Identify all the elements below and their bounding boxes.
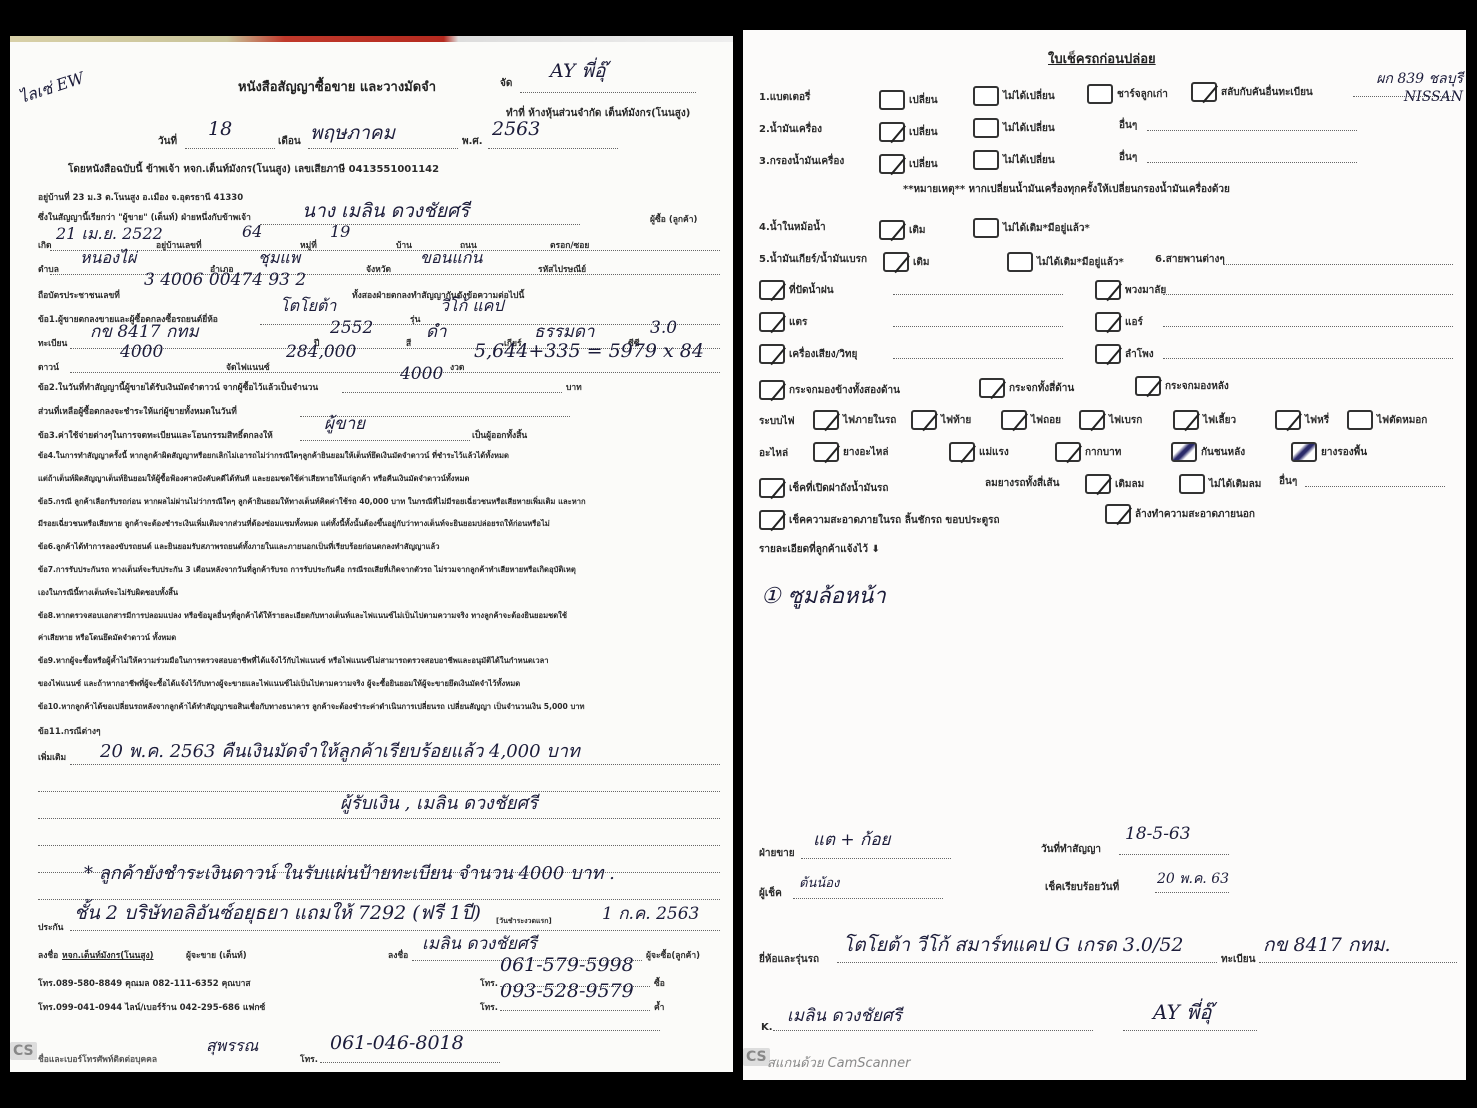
oil-filter-opt-nochange[interactable]: ไม่ได้เปลี่ยน [973, 150, 1055, 170]
buyer-name: นาง เมลิน ดวงชัยศรี [302, 196, 469, 226]
checkbox[interactable] [1087, 84, 1113, 104]
engine-oil-opt-nochange[interactable]: ไม่ได้เปลี่ยน [973, 118, 1055, 138]
clause-line: ข้อ5.กรณี ลูกค้าเลือกรับรถก่อน หากผลไม่ผ… [38, 496, 586, 508]
checked-done-value: 20 พ.ค. 63 [1157, 868, 1229, 890]
mirror-check[interactable]: กระจกมองข้างทั้งสองด้าน [759, 380, 900, 400]
part-check[interactable]: กากบาท [1055, 442, 1121, 462]
checkbox-checked[interactable] [1105, 504, 1131, 524]
checkbox-checked[interactable] [1275, 410, 1301, 430]
clause-line: ค่าเสียหาย หรือโดนยึดมัดจำดาวน์ ทั้งหมด [38, 632, 176, 644]
checklist-item[interactable]: ที่ปัดน้ำฝน [759, 280, 834, 300]
guarantor-phone-label: โทร. [480, 1000, 498, 1014]
interior-clean-check[interactable]: เช็คความสะอาดภายในรถ ลิ้นชักรถ ขอบประตูร… [759, 510, 1000, 530]
bottom-name: เมลิน ดวงชัยศรี [787, 1002, 902, 1029]
oil-filter-label: 3.กรองน้ำมันเครื่อง [759, 154, 844, 169]
checkbox-checked[interactable] [879, 154, 905, 174]
sale-contract-page: ไลเซ่ EW หนังสือสัญญาซื้อขาย และวางมัดจำ… [10, 36, 733, 1072]
checkbox-checked[interactable] [1191, 82, 1217, 102]
reference-phone: 061-046-8018 [330, 1032, 464, 1054]
engine-oil-opt-change[interactable]: เปลี่ยน [879, 122, 938, 142]
clause2-value: 4000 [400, 364, 443, 384]
date-month: พฤษภาคม [310, 118, 395, 148]
installment-value: 5,644+335 = 5979 x 84 [474, 340, 704, 362]
customer-note-1: ① ซูมล้อหน้า [761, 578, 886, 613]
belt-label: 6.สายพานต่างๆ [1155, 252, 1225, 267]
light-check[interactable]: ไฟถอย [1001, 410, 1061, 430]
clause-line: เองในกรณีนี้ทางเต็นท์จะไม่รับผิดชอบทั้งส… [38, 587, 178, 599]
contract-date-label: วันที่ทำสัญญา [1041, 842, 1101, 857]
vehicle-reg-label: ทะเบียน [1221, 952, 1255, 967]
battery-opt-nochange[interactable]: ไม่ได้เปลี่ยน [973, 86, 1055, 106]
part-check[interactable]: กันชนหลัง [1171, 442, 1245, 462]
reference-name: สุพรรณ [206, 1034, 258, 1059]
clause3-label: ข้อ3.ค่าใช้จ่ายต่างๆในการจดทะเบียนและโอน… [38, 428, 273, 442]
buyer-sign-value: เมลิน ดวงชัยศรี [422, 930, 537, 957]
sales-label: ฝ่ายขาย [759, 846, 795, 861]
light-check[interactable]: ไฟเบรก [1079, 410, 1142, 430]
checkbox-checked[interactable] [979, 378, 1005, 398]
camscanner-logo-icon: CS [743, 1048, 770, 1066]
by-value: AY พี่อุ๊ [550, 56, 605, 86]
light-check[interactable]: ไฟหรี่ [1275, 410, 1329, 430]
date-year: 2563 [492, 118, 540, 140]
extra-label: เพิ่มเติม [38, 750, 66, 764]
shop-contact-2: โทร.099-041-0944 ไลน์/เบอร์ร้าน 042-295-… [38, 1000, 265, 1014]
cc-value: 3.0 [650, 318, 677, 338]
checkbox-checked[interactable] [879, 220, 905, 240]
checkbox-checked[interactable] [1095, 312, 1121, 332]
checkbox-checked[interactable] [879, 122, 905, 142]
sales-value: แต + ก้อย [813, 826, 891, 853]
down-label: ดาวน์ [38, 360, 59, 374]
clause-line: ข้อ7.การรับประกันรถ ทางเต็นท์จะรับประกัน… [38, 564, 576, 576]
clause-line: ข้อ9.หากผู้จะซื้อหรือผู้ค้ำไม่ให้ความร่ว… [38, 655, 549, 667]
id-value: 3 4006 00474 93 2 [144, 270, 306, 290]
light-check[interactable]: ไฟตัดหมอก [1347, 410, 1427, 430]
checkbox-checked[interactable] [1085, 474, 1111, 494]
vehicle-value: โตโยต้า วีโก้ สมาร์ทแคป G เกรด 3.0/52 [843, 930, 1184, 960]
house-value: 64 [242, 222, 262, 241]
contract-date-value: 18-5-63 [1125, 824, 1191, 844]
clause-line: ข้อ10.หากลูกค้าได้ขอเปลี่ยนรถหลังจากลูกค… [38, 701, 585, 713]
checklist-item[interactable]: แอร์ [1095, 312, 1143, 332]
checklist-item[interactable]: เครื่องเสียง/วิทยุ [759, 344, 857, 364]
seller-sign-label: ลงชื่อ [38, 948, 58, 962]
first-due-value: 1 ก.ค. 2563 [602, 900, 699, 927]
clause-line: ของไฟแนนซ์ และถ้าหากอาชีพที่ผู้จะซื้อได้… [38, 678, 520, 690]
battery-opt-swap[interactable]: สลับกับคันอื่นทะเบียน [1191, 82, 1313, 102]
clause3-suffix: เป็นผู้ออกทั้งสิ้น [472, 428, 527, 442]
gear-oil-opt-nofill[interactable]: ไม่ได้เติม*มีอยู่แล้ว* [1007, 252, 1124, 272]
brand-value: โตโยต้า [280, 294, 336, 319]
insurance-value: ชั้น 2 บริษัทอลิอันซ์อยุธยา แถมให้ 7292 … [74, 898, 481, 928]
exterior-clean-check[interactable]: ล้างทำความสะอาดภายนอก [1105, 504, 1255, 524]
checkbox[interactable] [1347, 410, 1373, 430]
first-due-label: [วันชำระงวดแรก] [496, 916, 552, 927]
checkbox-checked[interactable] [949, 442, 975, 462]
checked-done-label: เช็คเรียบร้อยวันที่ [1045, 880, 1119, 895]
checkbox[interactable] [879, 90, 905, 110]
address-line: อยู่บ้านที่ 23 ม.3 ต.โนนสูง อ.เมือง จ.อุ… [38, 190, 243, 204]
checkbox-checked[interactable] [911, 410, 937, 430]
battery-opt-change[interactable]: เปลี่ยน [879, 90, 938, 110]
guarantor-phone-tag: ค้ำ [654, 1000, 664, 1014]
bottom-signature: AY พี่อุ๊ [1153, 996, 1211, 1028]
id-label: ถือบัตรประชาชนเลขที่ [38, 288, 120, 302]
seller-sign-role: ผู้จะขาย (เต็นท์) [186, 948, 247, 962]
customer-notes-label: รายละเอียดที่ลูกค้าแจ้งไว้ ⬇ [759, 542, 880, 557]
engine-oil-other-label: อื่นๆ [1119, 118, 1137, 133]
part-check[interactable]: ยางอะไหล่ [813, 442, 888, 462]
checker-value: ต้นน้อง [799, 872, 839, 893]
camscanner-watermark: สแกนด้วย CamScanner [767, 1052, 910, 1073]
buyer-suffix: ผู้ซื้อ (ลูกค้า) [650, 212, 697, 226]
checklist-item[interactable]: ลำโพง [1095, 344, 1154, 364]
born-value: 21 เม.ย. 2522 [56, 222, 163, 247]
reg-label: ทะเบียน [38, 336, 67, 350]
contract-title: หนังสือสัญญาซื้อขาย และวางมัดจำ [238, 76, 436, 97]
checkbox-checked[interactable] [1079, 410, 1105, 430]
buyer-phone-tag: ซื้อ [654, 976, 665, 990]
finance-value: 284,000 [286, 342, 356, 362]
note-line: ผู้รับเงิน , เมลิน ดวงชัยศรี [340, 788, 538, 817]
amphoe-value: ชุมแพ [258, 246, 300, 271]
radiator-label: 4.น้ำในหม้อน้ำ [759, 220, 826, 235]
year-value: 2552 [330, 318, 373, 338]
remaining-label: ส่วนที่เหลือผู้ซื้อตกลงจะชำระให้แก่ผู้ขา… [38, 404, 237, 418]
tire-opt-fill[interactable]: เติมลม [1085, 474, 1144, 494]
margin-note: ไลเซ่ EW [16, 66, 88, 111]
bottom-name-prefix: K. [761, 1022, 773, 1033]
battery-opt-charge[interactable]: ชาร์จลูกเก่า [1087, 84, 1168, 104]
tire-other-label: อื่นๆ [1279, 474, 1297, 489]
checkbox-checked[interactable] [1095, 344, 1121, 364]
buyer-sign-role: ผู้จะซื้อ(ลูกค้า) [646, 948, 700, 962]
checkbox-checked[interactable] [759, 510, 785, 530]
radiator-opt-fill[interactable]: เติม [879, 220, 926, 240]
checkbox[interactable] [973, 218, 999, 238]
reference-phone-label: โทร. [300, 1052, 318, 1066]
checkbox-checked[interactable] [1095, 280, 1121, 300]
checklist-item[interactable]: พวงมาลัย [1095, 280, 1166, 300]
mirror-check[interactable]: กระจกทั้งสี่ด้าน [979, 378, 1074, 398]
fuel-cap-check[interactable]: เช็คที่เปิดฝาถังน้ำมันรถ [759, 478, 888, 498]
seller-sign-value: หจก.เต็นท์มังกร(โนนสูง) [62, 948, 154, 962]
vehicle-checklist-page: ใบเช็ครถก่อนปล่อย 1.แบตเตอรี่ เปลี่ยน ไม… [743, 30, 1466, 1080]
color-value: ดำ [426, 318, 447, 345]
checkbox[interactable] [973, 118, 999, 138]
checkbox-checked[interactable] [1173, 410, 1199, 430]
clause-line: แต่ถ้าเต็นท์ผิดสัญญาเต็นท์ยินยอมให้ผู้ซื… [38, 473, 469, 485]
model-value: วีโก้ แคป [440, 294, 504, 319]
gear-oil-label: 5.น้ำมันเกียร์/น้ำมันเบรก [759, 252, 867, 267]
clause11-label: ข้อ11.กรณีต่างๆ [38, 724, 101, 738]
clause-line: ข้อ4.ในการทำสัญญาครั้งนี้ หากลูกค้าผิดสั… [38, 450, 509, 462]
checkbox-checked[interactable] [759, 344, 785, 364]
battery-label: 1.แบตเตอรี่ [759, 90, 810, 105]
tire-opt-nofill[interactable]: ไม่ได้เติมลม [1179, 474, 1261, 494]
checkbox-checked[interactable] [759, 478, 785, 498]
gear-oil-opt-fill[interactable]: เติม [883, 252, 930, 272]
checkbox-checked[interactable] [759, 312, 785, 332]
reference-label: ชื่อและเบอร์โทรศัพท์ติดต่อบุคคล [38, 1052, 157, 1066]
clause3-value: ผู้ขาย [324, 410, 365, 437]
oil-remark: **หมายเหตุ** หากเปลี่ยนน้ำมันเครื่องทุกค… [903, 182, 1230, 197]
checkbox[interactable] [973, 150, 999, 170]
shop-contact-1: โทร.089-580-8849 คุณมล 082-111-6352 คุณบ… [38, 976, 251, 990]
checkbox-checked[interactable] [759, 280, 785, 300]
tire-label: ลมยางรถทั้งสี่เส้น [985, 476, 1059, 491]
buyer-phone-label: โทร. [480, 976, 498, 990]
checkbox-checked[interactable] [1001, 410, 1027, 430]
checkbox[interactable] [1179, 474, 1205, 494]
parts-label: อะไหล่ [759, 446, 788, 461]
clause-line: ข้อ6.ลูกค้าได้ทำการลองขับรถยนต์ และยินยอ… [38, 541, 439, 553]
mirror-check[interactable]: กระจกมองหลัง [1135, 376, 1229, 396]
part-check[interactable]: แม่แรง [949, 442, 1009, 462]
date-day-label: วันที่ [158, 134, 177, 149]
radiator-opt-nofill[interactable]: ไม่ได้เติม*มีอยู่แล้ว* [973, 218, 1090, 238]
clause-line: ข้อ8.หากตรวจสอบเอกสารมีการปลอมแปลง หรือข… [38, 610, 567, 622]
checkbox-checked[interactable] [759, 380, 785, 400]
checkbox-scribbled[interactable] [1171, 442, 1197, 462]
guarantor-phone: 093-528-9579 [500, 980, 634, 1002]
lights-label: ระบบไฟ [759, 414, 795, 429]
checkbox-scribbled[interactable] [1291, 442, 1317, 462]
buyer-sign-label: ลงชื่อ [388, 948, 408, 962]
checkbox-checked[interactable] [813, 442, 839, 462]
checkbox-checked[interactable] [1055, 442, 1081, 462]
clause-line: มีรอยเฉี่ยวชนหรือเสียหาย ลูกค้าจะต้องชำร… [38, 518, 550, 530]
date-month-label: เดือน [278, 134, 301, 149]
light-check[interactable]: ไฟท้าย [911, 410, 971, 430]
battery-swap-plate: ผก 839 ชลบุรี NISSAN [1353, 70, 1463, 106]
note-line: 20 พ.ค. 2563 คืนเงินมัดจำให้ลูกค้าเรียบร… [100, 736, 580, 765]
date-year-label: พ.ศ. [462, 134, 483, 149]
clause2-unit: บาท [566, 380, 582, 394]
oil-filter-opt-change[interactable]: เปลี่ยน [879, 154, 938, 174]
vehicle-reg-value: กข 8417 กทม. [1263, 930, 1391, 960]
checker-label: ผู้เช็ค [759, 886, 782, 901]
checkbox-checked[interactable] [1135, 376, 1161, 396]
checkbox-checked[interactable] [883, 252, 909, 272]
reg-value: กข 8417 กทม [90, 318, 199, 345]
oil-filter-other-label: อื่นๆ [1119, 150, 1137, 165]
clause2-label: ข้อ2.ในวันที่ทำสัญญานี้ผู้ขายได้รับเงินม… [38, 380, 318, 394]
checkbox[interactable] [1007, 252, 1033, 272]
checklist-title: ใบเช็ครถก่อนปล่อย [1048, 48, 1156, 69]
paper-edge [10, 36, 733, 42]
date-day: 18 [208, 118, 232, 140]
moo-value: 19 [330, 222, 350, 241]
down-value: 4000 [120, 342, 163, 362]
company-line: โดยหนังสือฉบับนี้ ข้าพเจ้า หจก.เต็นท์มัง… [68, 162, 439, 177]
camscanner-logo-icon: CS [10, 1042, 37, 1060]
checkbox-checked[interactable] [813, 410, 839, 430]
checkbox[interactable] [973, 86, 999, 106]
by-label: จัด [500, 76, 512, 91]
checklist-item[interactable]: แตร [759, 312, 807, 332]
part-check[interactable]: ยางรองพื้น [1291, 442, 1367, 462]
light-check[interactable]: ไฟภายในรถ [813, 410, 896, 430]
vehicle-label: ยี่ห้อและรุ่นรถ [759, 952, 819, 967]
engine-oil-label: 2.น้ำมันเครื่อง [759, 122, 822, 137]
buyer-phone: 061-579-5998 [500, 954, 634, 976]
tambon-value: หนองไผ่ [80, 246, 136, 271]
light-check[interactable]: ไฟเลี้ยว [1173, 410, 1236, 430]
note-line: * ลูกค้ายังชำระเงินดาวน์ ในรับแผ่นป้ายทะ… [84, 858, 615, 887]
insurance-label: ประกัน [38, 920, 63, 934]
province-value: ขอนแก่น [420, 246, 482, 271]
